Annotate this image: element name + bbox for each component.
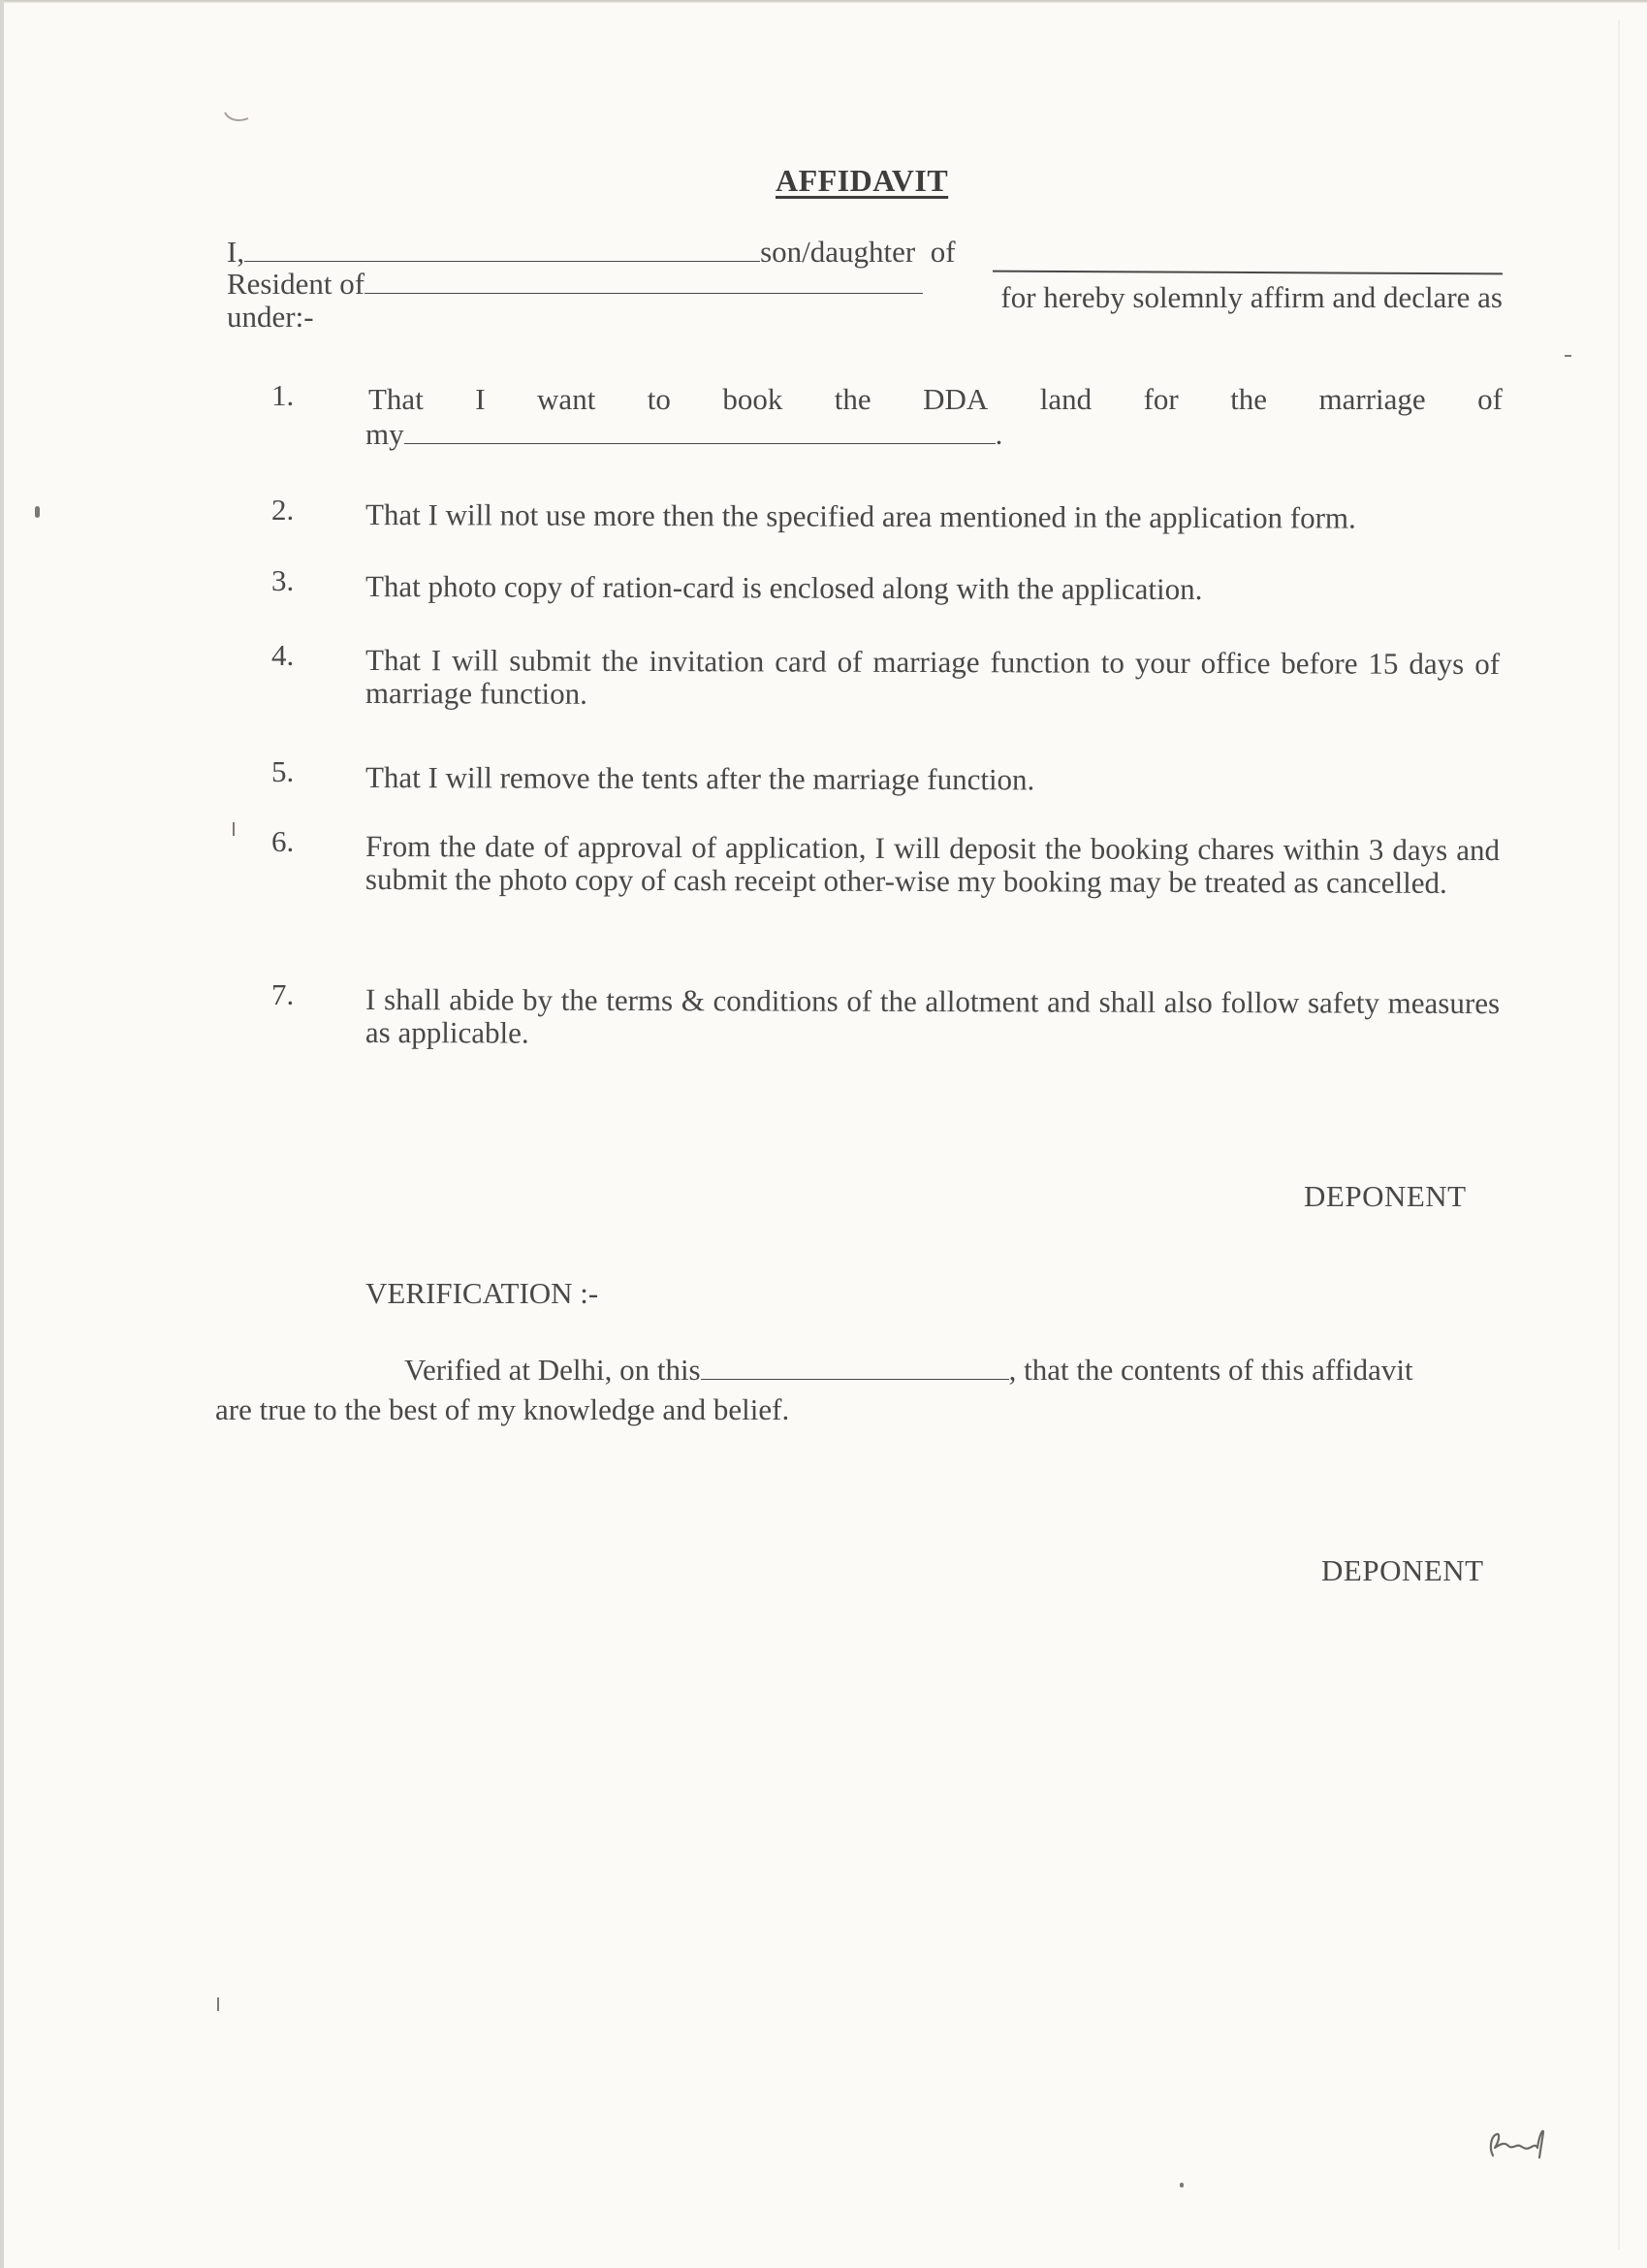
item-1-word: marriage <box>1319 384 1426 414</box>
affirm-text: for hereby solemnly affirm and declare a… <box>944 282 1503 312</box>
scan-speck <box>35 506 40 518</box>
scan-speck <box>1180 2183 1184 2188</box>
item-number-6: 6. <box>271 826 294 856</box>
item-1-word: the <box>835 384 871 414</box>
item-number-1: 1. <box>271 380 294 410</box>
item-5-text: That I will remove the tents after the m… <box>365 761 1500 798</box>
resident-of-label: Resident of <box>227 267 364 301</box>
document-title: AFFIDAVIT <box>776 163 948 199</box>
intro-i-label: I, <box>227 235 244 269</box>
item-number-7: 7. <box>271 979 294 1009</box>
relation-field[interactable] <box>404 442 996 444</box>
scan-edge-top <box>0 0 1647 3</box>
item-1-word: land <box>1040 384 1092 414</box>
scan-edge-left <box>0 0 4 2268</box>
item-3-text: That photo copy of ration-card is enclos… <box>365 570 1500 607</box>
item-number-5: 5. <box>271 756 294 786</box>
item-4-text: That I will submit the invitation card o… <box>365 644 1500 714</box>
verified-at-label: Verified at Delhi, on this <box>404 1353 701 1387</box>
scan-edge-right <box>1618 19 1620 2250</box>
item-1-word: to <box>648 384 671 414</box>
verification-contents-label: , that the contents of this affidavit <box>1009 1353 1413 1387</box>
item-7-text: I shall abide by the terms & conditions … <box>365 983 1500 1053</box>
item-1-my-label: my <box>365 417 404 451</box>
item-1-word: want <box>537 384 595 414</box>
intro-line-1: I,son/daughter of <box>227 237 956 267</box>
residence-field[interactable] <box>364 292 923 294</box>
name-field[interactable] <box>244 260 760 262</box>
item-1-line-2: my. <box>365 419 1002 449</box>
item-1-word: That <box>368 384 424 414</box>
item-number-4: 4. <box>271 640 294 670</box>
item-1-word: the <box>1230 384 1267 414</box>
intro-line-2: Resident of <box>227 269 923 299</box>
deponent-signature-label-1: DEPONENT <box>1304 1181 1467 1211</box>
scan-mark <box>221 109 254 128</box>
scan-speck <box>217 1997 219 2011</box>
item-1-word: for <box>1144 384 1179 414</box>
deponent-signature-label-2: DEPONENT <box>1321 1555 1484 1585</box>
signature-initials-icon <box>1483 2119 1561 2167</box>
verification-line-1: Verified at Delhi, on this, that the con… <box>404 1355 1413 1385</box>
item-1-word: book <box>722 384 782 414</box>
item-1-line-1: ThatIwanttobooktheDDAlandforthemarriageo… <box>368 384 1503 414</box>
verification-heading: VERIFICATION :- <box>365 1278 598 1308</box>
item-number-3: 3. <box>271 565 294 595</box>
verification-line-2: are true to the best of my knowledge and… <box>215 1394 789 1424</box>
item-1-period: . <box>996 417 1003 451</box>
item-1-word: I <box>475 384 485 414</box>
item-2-text: That I will not use more then the specif… <box>365 498 1500 535</box>
scan-speck <box>233 822 235 836</box>
under-label: under:- <box>227 302 314 332</box>
item-number-2: 2. <box>271 495 294 525</box>
item-1-word: DDA <box>923 384 988 414</box>
item-1-word: of <box>1477 384 1503 414</box>
item-6-text: From the date of approval of application… <box>365 830 1500 900</box>
son-daughter-of-label: son/daughter of <box>760 235 955 269</box>
verification-date-field[interactable] <box>701 1378 1009 1380</box>
scan-speck <box>1565 355 1571 357</box>
parent-name-field[interactable] <box>993 271 1503 275</box>
